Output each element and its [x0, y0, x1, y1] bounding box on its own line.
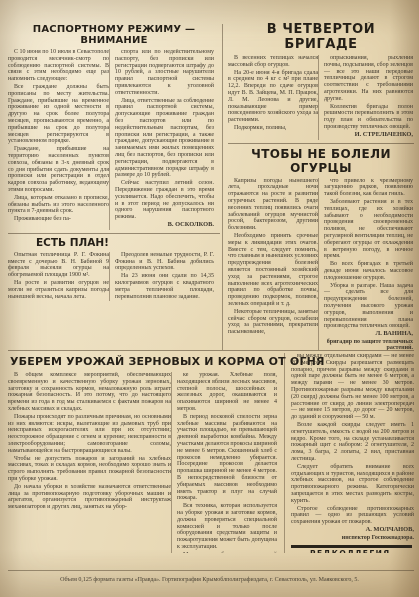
- article-paragraph: Во всех бригадах в третьей декаде июня н…: [324, 261, 413, 281]
- plan-column-2: Преодолев немалые трудности, Р. Г. Фокин…: [109, 252, 214, 302]
- harvest-left-region: УБЕРЕМ УРОЖАЙ ЗЕРНОВЫХ И КОРМА ОТ ОГНЯ В…: [8, 353, 284, 553]
- harvest-column-2: ке урожая. Хлебные поля, находящиеся вбл…: [171, 372, 277, 553]
- cucumbers-article: ЧТОБЫ НЕ БОЛЕЛИ ОГУРЦЫ Капризы погоды ны…: [228, 147, 414, 350]
- passport-article-title: ПАСПОРТНОМУ РЕЖИМУ — ВНИМАНИЕ: [8, 24, 220, 46]
- article-paragraph: Все граждане должны быть прописаны по ме…: [8, 84, 109, 145]
- main-column-divider: [222, 24, 223, 350]
- article-paragraph: С 10 июня по 10 июля в Севастополе прово…: [8, 49, 109, 83]
- article-paragraph: Вся техника, которая используется на убо…: [177, 503, 277, 551]
- article-paragraph: Заболевают растения и в тех теплицах, гд…: [324, 199, 413, 260]
- article-paragraph: На 20-е июня 4-я бригада сдала в среднем…: [228, 70, 318, 124]
- article-paragraph: Чтобы не допустить пожаров и загораний н…: [8, 456, 171, 483]
- brigade-signature: И. СТРЕЛЬЧЕНКО,: [324, 132, 413, 139]
- article-paragraph: Проживающие без па-: [8, 216, 109, 223]
- brigade-column-1: В весенних теплицах начался массовый сбо…: [228, 55, 318, 140]
- imprint-line: Объем 0,125 формата газеты «Правда». Гор…: [0, 577, 419, 583]
- article-paragraph: Опытная тепличница Р. Г. Фокина вместе с…: [8, 252, 109, 279]
- cucumbers-signature-name: Л. ВАНИНА,: [324, 331, 413, 338]
- cucumbers-signature-role: бригадир по защите тепличных растений.: [324, 339, 413, 350]
- plan-column-1: Опытная тепличница Р. Г. Фокина вместе с…: [8, 252, 109, 302]
- article-paragraph: Следует обратить внимание всех отдыхающи…: [291, 464, 414, 505]
- article-paragraph: До начала уборки в хозяйстве назначаются…: [8, 484, 171, 511]
- article-paragraph: Пожары происходят по различным причинам,…: [8, 414, 171, 455]
- article-paragraph: вы между отдельными скирдами — не менее …: [291, 353, 414, 421]
- article-paragraph: Строгое соблюдение противопожарных прави…: [291, 506, 414, 526]
- plan-article-title: ЕСТЬ ПЛАН!: [8, 237, 220, 249]
- article-paragraph: В весенних теплицах начался массовый сбо…: [228, 55, 318, 69]
- passport-column-1: С 10 июня по 10 июля в Севастополе прово…: [8, 49, 109, 230]
- article-paragraph: Уборка в разгаре. Наша задача — сделать …: [324, 283, 413, 331]
- article-paragraph: Подкормки, поливы,: [228, 125, 318, 132]
- article-divider: [228, 143, 414, 144]
- harvest-article: УБЕРЕМ УРОЖАЙ ЗЕРНОВЫХ И КОРМА ОТ ОГНЯ В…: [8, 353, 414, 553]
- article-paragraph: Капризы погоды нынешнего лета, прохладны…: [228, 178, 318, 232]
- editorial-thick-rule: [291, 545, 412, 548]
- article-paragraph: что привело к чрезмерному загущению рядк…: [324, 178, 413, 198]
- article-paragraph: Необходимо принять срочные меры к ликвид…: [228, 233, 318, 308]
- article-paragraph: спорта или по недействительному паспорту…: [115, 49, 214, 97]
- top-right-region: В ЧЕТВЕРТОЙ БРИГАДЕ В весенних теплицах …: [228, 22, 414, 350]
- article-paragraph: В период восковой спелости зерна хлебные…: [177, 414, 277, 502]
- top-left-region: ПАСПОРТНОМУ РЕЖИМУ — ВНИМАНИЕ С 10 июня …: [8, 24, 220, 350]
- article-paragraph: Возле каждой скирды следует иметь 1 огне…: [291, 422, 414, 463]
- editorial-label: РЕДКОЛЛЕГИЯ.: [291, 551, 414, 553]
- article-divider: [8, 233, 220, 234]
- article-paragraph: Многие требования пожарной безопасности …: [177, 552, 277, 553]
- harvest-column-1: В общем комплексе мероприятий, обеспечив…: [8, 372, 171, 553]
- plan-article: ЕСТЬ ПЛАН! Опытная тепличница Р. Г. Фоки…: [8, 237, 220, 302]
- cucumbers-column-2: что привело к чрезмерному загущению рядк…: [318, 178, 413, 350]
- cucumbers-article-title: ЧТОБЫ НЕ БОЛЕЛИ ОГУРЦЫ: [228, 147, 414, 175]
- harvest-signature-name: А. МОЛЧАНОВ,: [291, 527, 414, 534]
- article-paragraph: На 23 июня они сдали по 14,35 килограммо…: [115, 273, 214, 300]
- article-paragraph: Коллектив бригады полон решимости перевы…: [324, 104, 413, 131]
- article-paragraph: В общем комплексе мероприятий, обеспечив…: [8, 372, 171, 413]
- article-paragraph: Граждане, прибывшие на территорию населе…: [8, 146, 109, 194]
- article-paragraph: Лица, которым отказано в прописке, обяза…: [8, 195, 109, 215]
- article-paragraph: опрыскивания, рыхления почвы, подсыпания…: [324, 55, 413, 103]
- passport-signature: В. ОСКОЛКОВ.: [115, 222, 214, 229]
- imprint-divider: [8, 570, 414, 571]
- brigade-article: В ЧЕТВЕРТОЙ БРИГАДЕ В весенних теплицах …: [228, 22, 414, 140]
- harvest-column-3: вы между отдельными скирдами — не менее …: [284, 353, 414, 553]
- passport-column-2: спорта или по недействительному паспорту…: [109, 49, 214, 230]
- article-paragraph: Преодолев немалые трудности, Р. Г. Фокин…: [115, 252, 214, 272]
- cucumbers-column-1: Капризы погоды нынешнего лета, прохладны…: [228, 178, 318, 350]
- brigade-column-2: опрыскивания, рыхления почвы, подсыпания…: [318, 55, 413, 140]
- harvest-signature-role: инспектор Госпожнадзора.: [291, 535, 414, 542]
- article-paragraph: ке урожая. Хлебные поля, находящиеся вбл…: [177, 372, 277, 413]
- newspaper-page: ПАСПОРТНОМУ РЕЖИМУ — ВНИМАНИЕ С 10 июня …: [0, 0, 419, 597]
- article-paragraph: Сейчас наступил летний сезон. Передвижен…: [115, 180, 214, 221]
- harvest-article-title: УБЕРЕМ УРОЖАЙ ЗЕРНОВЫХ И КОРМА ОТ ОГНЯ: [10, 355, 284, 368]
- article-paragraph: Некоторые тепличницы, занятые сейчас сбо…: [228, 309, 318, 336]
- article-paragraph: На росте и развитии огурцов не могли не …: [8, 280, 109, 300]
- brigade-article-title: В ЧЕТВЕРТОЙ БРИГАДЕ: [228, 22, 414, 52]
- passport-article: ПАСПОРТНОМУ РЕЖИМУ — ВНИМАНИЕ С 10 июня …: [8, 24, 220, 230]
- article-paragraph: Лица, ответственные за соблюдение правил…: [115, 98, 214, 180]
- bottom-section-divider: [8, 350, 414, 351]
